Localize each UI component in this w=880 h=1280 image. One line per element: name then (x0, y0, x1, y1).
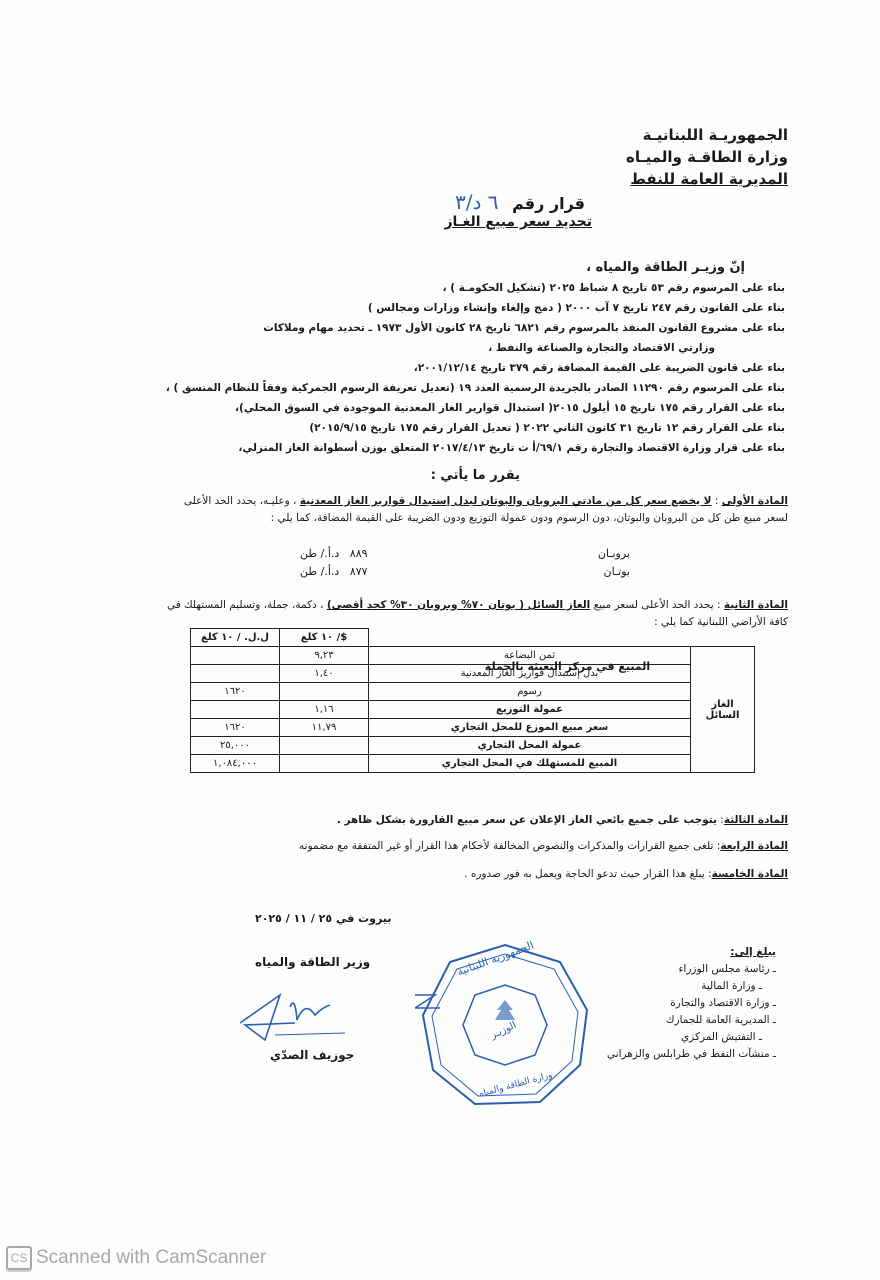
article-5-title: المادة الخامسة (712, 868, 788, 880)
row-usd (280, 755, 369, 773)
table-row: الغاز السائل ثمن البضاعة ٩,٢٣ (191, 647, 755, 665)
product-cell: الغاز السائل (691, 647, 755, 773)
preamble-line: بناء على المرسوم رقم ١١٢٩٠ الصادر بالجري… (225, 378, 785, 398)
article-1-title: المادة الأولى (722, 495, 788, 507)
row-lbp: ١٦٢٠ (191, 683, 280, 701)
row-lbp: ١,٠٨٤,٠٠٠ (191, 755, 280, 773)
letterhead-republic: الجمهوريـة اللبنانيـة (528, 124, 788, 146)
letterhead-ministry: وزارة الطاقـة والميـاه (528, 146, 788, 168)
camscanner-logo-icon: CS (6, 1246, 32, 1270)
preamble-intro: إنّ وزيـر الطاقة والمياه ، (225, 258, 745, 278)
table-header-row: $/ ١٠ كلغ ل.ل. / ١٠ كلغ (191, 629, 755, 647)
preamble-line: بناء على قرار وزارة الاقتصاد والتجارة رق… (225, 438, 785, 458)
row-usd: ١,١٦ (280, 701, 369, 719)
col-lbp-header: ل.ل. / ١٠ كلغ (191, 629, 280, 647)
row-lbp (191, 701, 280, 719)
ton-prices: بروبـان ٨٨٩ د.أ./ طن بوتـان ٨٧٧ د.أ./ طن (300, 545, 630, 581)
list-item: ـ وزارة المالية (596, 978, 762, 995)
gas-price-table: $/ ١٠ كلغ ل.ل. / ١٠ كلغ الغاز السائل ثمن… (190, 628, 755, 773)
article-2: المادة الثانية : يحدد الحد الأعلى لسعر م… (158, 597, 788, 631)
preamble-line: بناء على القانون رقم ٢٤٧ تاريخ ٧ آب ٢٠٠٠… (225, 298, 785, 318)
row-usd: ١١,٧٩ (280, 719, 369, 737)
scanned-document-page: الجمهوريـة اللبنانيـة وزارة الطاقـة والم… (0, 0, 880, 1280)
price-row-butane: بوتـان ٨٧٧ د.أ./ طن (300, 563, 630, 581)
article-4-text: تلغى جميع القرارات والمذكرات والنصوص الم… (299, 840, 713, 852)
price-row-propane: بروبـان ٨٨٩ د.أ./ طن (300, 545, 630, 563)
preamble-line: وزارتي الاقتصاد والتجارة والصناعة والنفط… (225, 338, 715, 358)
preamble-line: بناء على قانون الضريبة على القيمة المضاف… (225, 358, 785, 378)
decision-number-label: قرار رقم (512, 194, 585, 213)
camscanner-watermark: CS Scanned with CamScanner (6, 1246, 266, 1270)
article-3-title: المادة الثالثة (724, 814, 788, 826)
decision-subject: تحديد سعر مبيع الغـاز (445, 214, 593, 230)
article-2-underlined: الغاز السائل ( بوتان ٧٠% وبروبان ٣٠% كحد… (327, 599, 590, 611)
distribution-title: يبلغ إلى: (596, 944, 776, 961)
table-row: سعر مبيع الموزع للمحل التجاري ١١,٧٩ ١٦٢٠ (191, 719, 755, 737)
article-5: المادة الخامسة: يبلغ هذا القرار حيث تدعو… (158, 866, 788, 883)
row-usd: ١,٤٠ (280, 665, 369, 683)
row-usd (280, 737, 369, 755)
table-row: بدل إستبدال قوارير الغاز المعدنية ١,٤٠ (191, 665, 755, 683)
article-3: المادة الثالثة: يتوجب على جميع بائعي الغ… (158, 812, 788, 829)
article-3-text: يتوجب على جميع بائعي الغاز الإعلان عن سع… (337, 814, 717, 826)
preamble-line: بناء على القرار رقم ١٧٥ تاريخ ١٥ أيلول ٢… (225, 398, 785, 418)
decision-number: قرار رقم ٦ د/٣ (455, 190, 585, 214)
signature-icon (235, 985, 355, 1045)
price-value: ٨٧٧ (350, 565, 368, 578)
row-label: عمولة المحل التجاري (369, 737, 691, 755)
table-row: عمولة التوزيع ١,١٦ (191, 701, 755, 719)
row-label: المبيع للمستهلك في المحل التجاري (369, 755, 691, 773)
minister-name: جوزيف الصدّي (270, 1048, 354, 1062)
list-item: ـ وزارة الاقتصاد والتجارة (596, 995, 776, 1012)
price-value: ٨٨٩ (350, 547, 368, 560)
preamble-line: بناء على القرار رقم ١٢ تاريخ ٣١ كانون ال… (225, 418, 785, 438)
list-item: ـ منشآت النفط في طرابلس والزهراني (596, 1046, 776, 1063)
row-lbp: ٢٥,٠٠٠ (191, 737, 280, 755)
price-product: بوتـان (604, 563, 630, 581)
article-1: المادة الأولى : لا يخضع سعر كل من مادتي … (158, 493, 788, 527)
place-date: بيروت في ٢٥ / ١١ / ٢٠٢٥ (255, 912, 391, 925)
minister-title: وزير الطاقة والمياه (255, 955, 370, 969)
row-lbp: ١٦٢٠ (191, 719, 280, 737)
row-usd (280, 683, 369, 701)
row-lbp (191, 665, 280, 683)
article-4-title: المادة الرابعة (720, 840, 788, 852)
distribution-list: يبلغ إلى: ـ رئاسة مجلس الوزراء ـ وزارة ا… (596, 944, 776, 1063)
row-label: رسوم (369, 683, 691, 701)
table-row: رسوم ١٦٢٠ (191, 683, 755, 701)
row-label: عمولة التوزيع (369, 701, 691, 719)
letterhead: الجمهوريـة اللبنانيـة وزارة الطاقـة والم… (528, 124, 788, 190)
article-4: المادة الرابعة: تلغى جميع القرارات والمذ… (158, 838, 788, 855)
decision-number-handwritten: ٦ د/٣ (455, 190, 499, 214)
table-row: عمولة المحل التجاري ٢٥,٠٠٠ (191, 737, 755, 755)
list-item: ـ التفتيش المركزي (596, 1029, 762, 1046)
letterhead-directorate: المديرية العامة للنفط (528, 168, 788, 190)
row-lbp (191, 647, 280, 665)
article-2-title: المادة الثانية (724, 599, 788, 611)
decides-heading: يقرر ما يأتي : (431, 468, 520, 483)
row-usd: ٩,٢٣ (280, 647, 369, 665)
preamble-line: بناء على مشروع القانون المنفذ بالمرسوم ر… (225, 318, 785, 338)
article-2-text-before: يحدد الحد الأعلى لسعر مبيع (594, 599, 714, 611)
group-label: المبيع في مركز التعبئة بالجملة (480, 660, 655, 673)
article-5-text: يبلغ هذا القرار حيث تدعو الحاجة ويعمل به… (464, 868, 705, 880)
price-unit: د.أ./ طن (300, 547, 339, 560)
list-item: ـ رئاسة مجلس الوزراء (596, 961, 776, 978)
table-row: المبيع للمستهلك في المحل التجاري ١,٠٨٤,٠… (191, 755, 755, 773)
row-label: سعر مبيع الموزع للمحل التجاري (369, 719, 691, 737)
list-item: ـ المديرية العامة للجمارك (596, 1012, 776, 1029)
article-1-bold-text: لا يخضع سعر كل من مادتي البروبان والبوتا… (300, 495, 712, 507)
price-product: بروبـان (598, 545, 630, 563)
preamble-line: بناء على المرسوم رقم ٥٣ تاريخ ٨ شباط ٢٠٢… (225, 278, 785, 298)
watermark-text: Scanned with CamScanner (36, 1247, 266, 1269)
preamble: إنّ وزيـر الطاقة والمياه ، بناء على المر… (225, 258, 785, 458)
col-usd-header: $/ ١٠ كلغ (280, 629, 369, 647)
price-unit: د.أ./ طن (300, 565, 339, 578)
